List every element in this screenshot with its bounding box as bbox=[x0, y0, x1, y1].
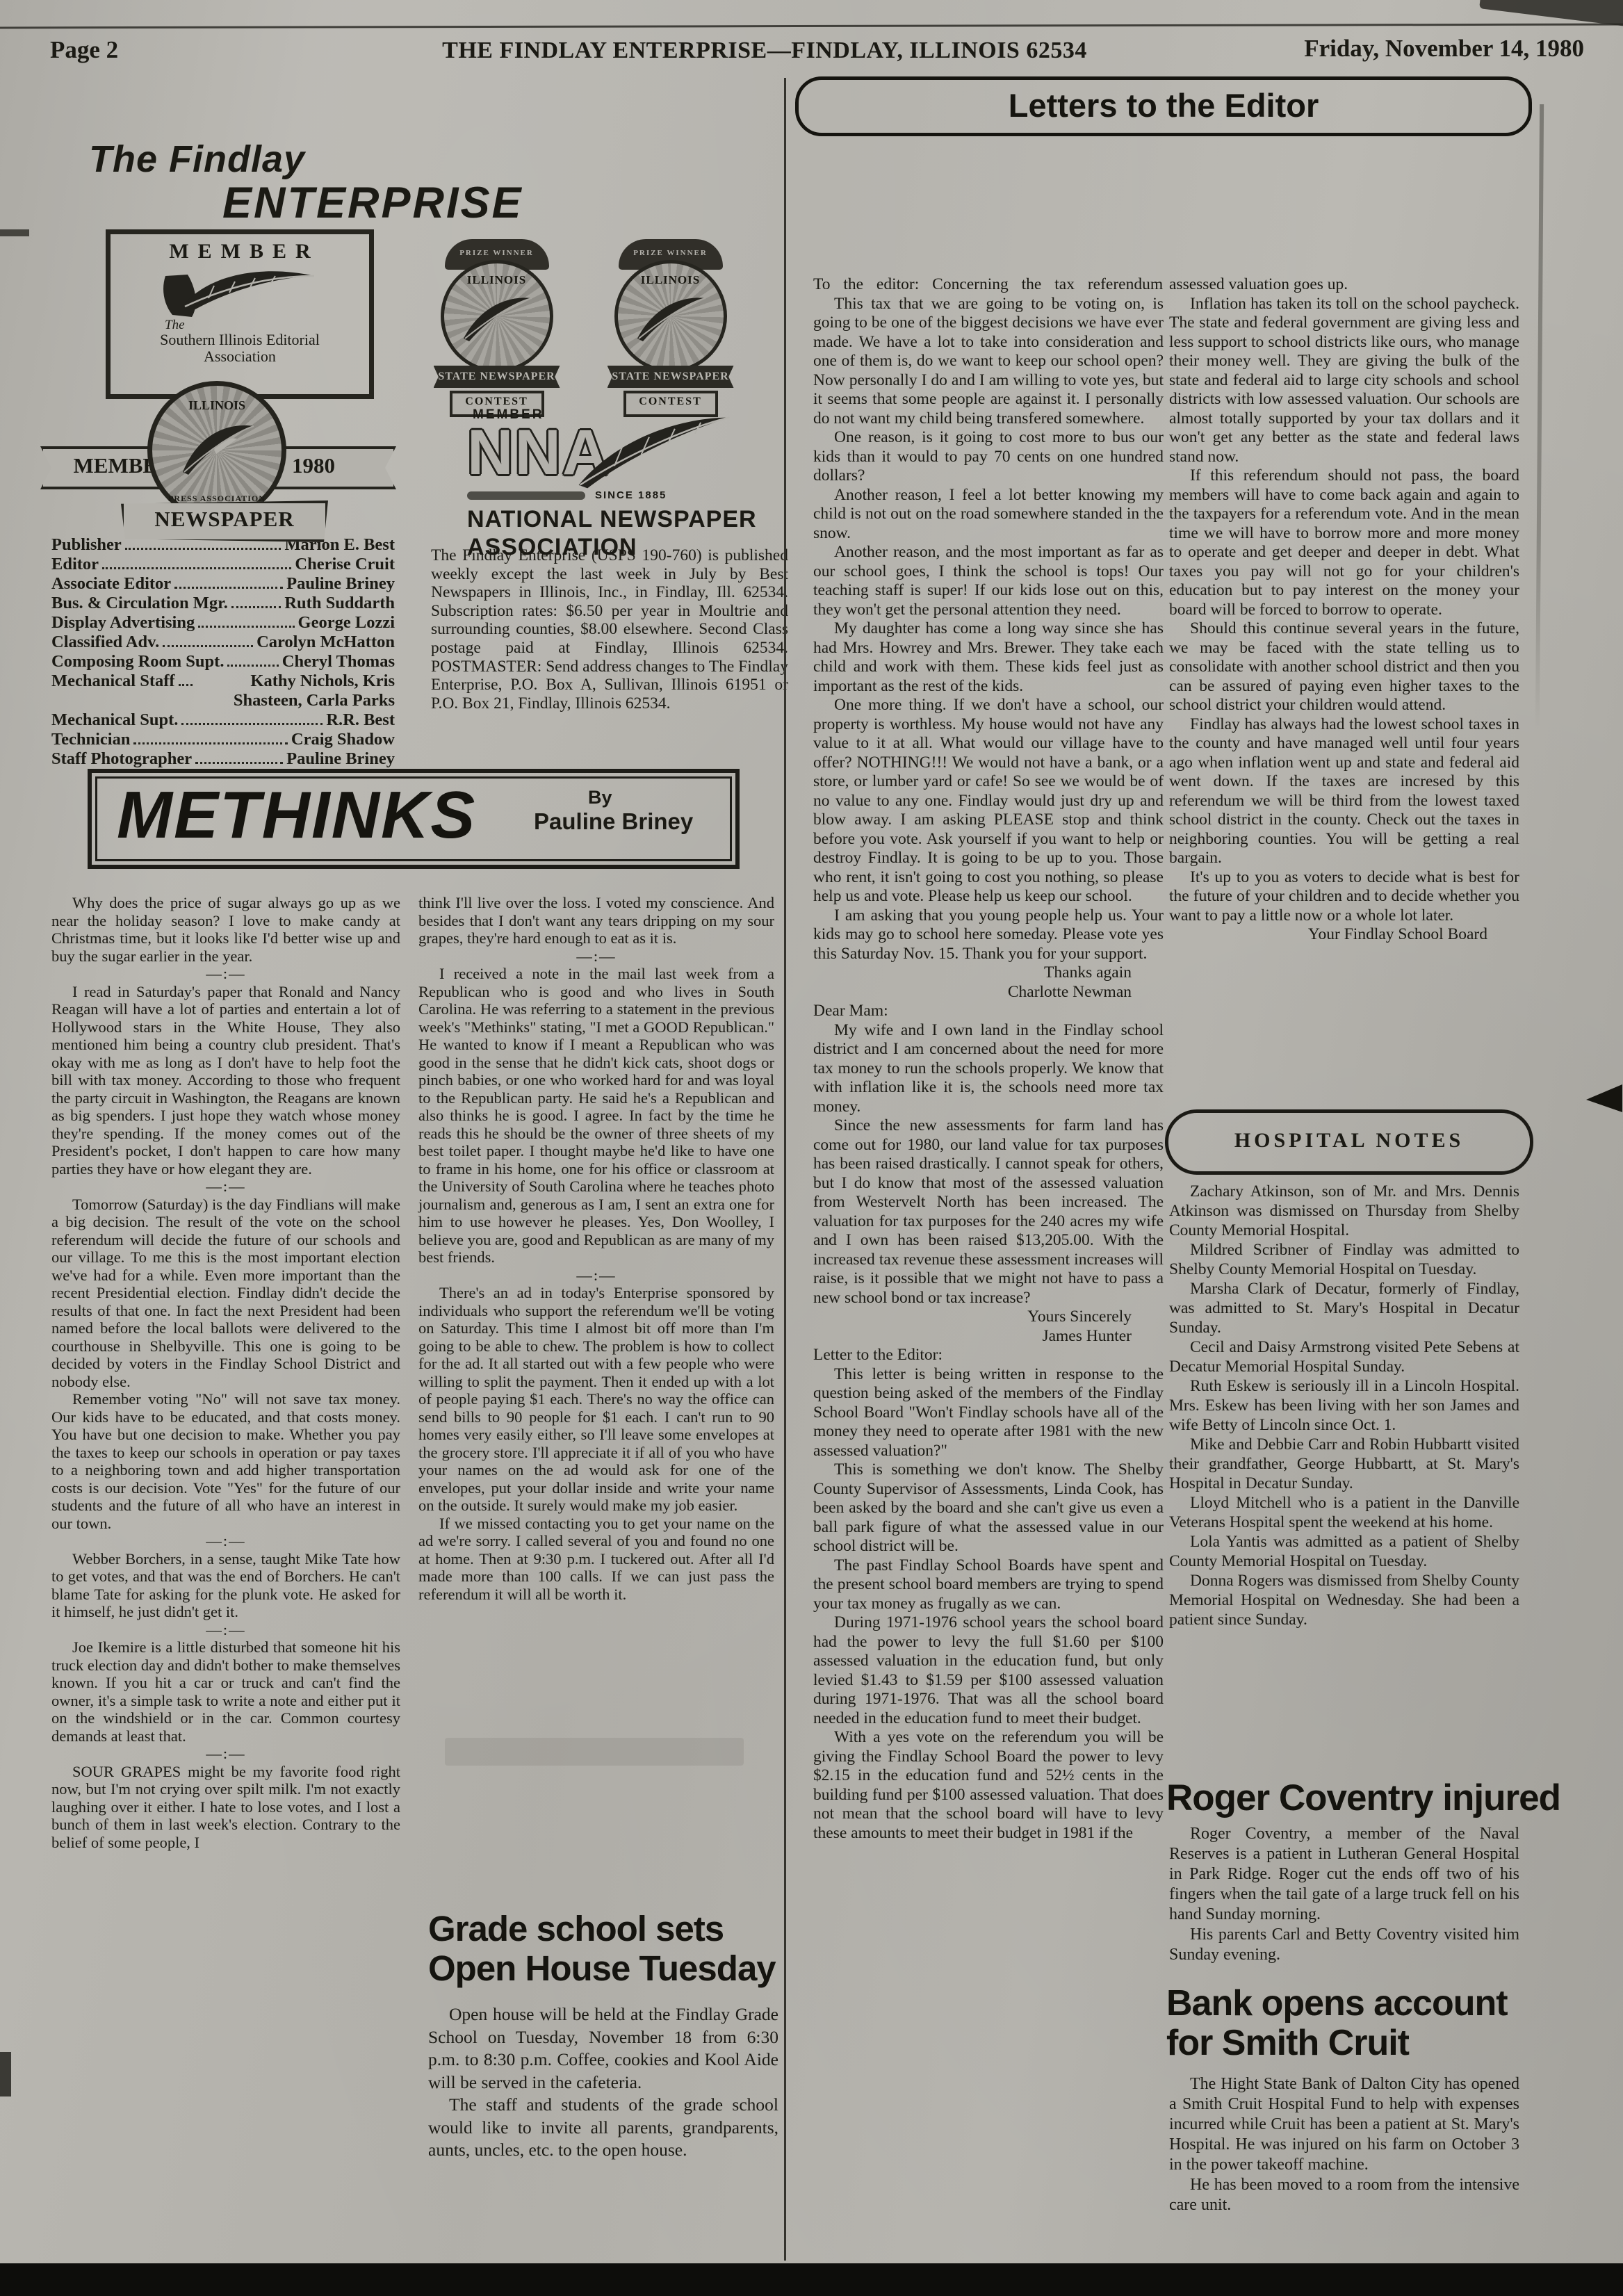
paragraph: This letter is being written in response… bbox=[813, 1365, 1164, 1461]
quill-icon bbox=[459, 293, 536, 344]
staff-role: Mechanical Staff bbox=[51, 671, 175, 691]
paragraph: One more thing. If we don't have a schoo… bbox=[813, 696, 1164, 906]
coventry-article: Roger Coventry, a member of the Naval Re… bbox=[1169, 1824, 1519, 1965]
press-association-emblem: MEMBER 1980 ILLINOIS PRESS ASSOCIATION N… bbox=[40, 375, 396, 551]
ipa-newspaper-banner: NEWSPAPER bbox=[121, 500, 328, 542]
dotted-leader bbox=[163, 645, 253, 647]
ipa-circle-seal: ILLINOIS PRESS ASSOCIATION bbox=[147, 381, 286, 520]
eagle-icon bbox=[176, 416, 259, 479]
paragraph: With a yes vote on the referendum you wi… bbox=[813, 1728, 1164, 1843]
staff-role: Composing Room Supt. bbox=[51, 652, 224, 671]
paragraph: To the editor: Concerning the tax refere… bbox=[813, 275, 1164, 295]
methinks-byline-name: Pauline Briney bbox=[534, 808, 742, 835]
bank-headline-line1: Bank opens account bbox=[1166, 1984, 1508, 2024]
section-divider: —:— bbox=[418, 947, 774, 966]
paragraph: think I'll live over the loss. I voted m… bbox=[418, 894, 774, 947]
methinks-byline-by: By bbox=[588, 787, 742, 808]
paragraph: I received a note in the mail last week … bbox=[418, 965, 774, 1267]
scan-artifact-ghost-text bbox=[445, 1738, 744, 1766]
paragraph: His parents Carl and Betty Coventry visi… bbox=[1169, 1925, 1519, 1965]
staff-row: Staff PhotographerPauline Briney bbox=[51, 749, 395, 769]
staff-row: Mechanical Supt.R.R. Best bbox=[51, 710, 395, 730]
staff-role: Classified Adv. bbox=[51, 633, 159, 652]
nna-since-label: SINCE 1885 bbox=[595, 489, 667, 501]
staff-role: Technician bbox=[51, 730, 130, 749]
staff-role: Publisher bbox=[51, 535, 122, 555]
paragraph: One reason, is it going to cost more to … bbox=[813, 428, 1164, 486]
ipa-illinois-text: ILLINOIS bbox=[152, 398, 282, 413]
paragraph: During 1971-1976 school years the school… bbox=[813, 1613, 1164, 1728]
dotted-leader bbox=[133, 742, 287, 744]
paragraph: It's up to you as voters to decide what … bbox=[1169, 868, 1519, 926]
badge-ribbon-state-newspaper: STATE NEWSPAPER bbox=[607, 366, 734, 388]
section-divider: —:— bbox=[418, 1267, 774, 1285]
paragraph: Mildred Scribner of Findlay was admitted… bbox=[1169, 1240, 1519, 1279]
methinks-byline: By Pauline Briney bbox=[534, 787, 742, 835]
signature-line: Yours Sincerely bbox=[813, 1308, 1164, 1327]
sie-member-label: MEMBER bbox=[160, 240, 319, 263]
paragraph: He has been moved to a room from the int… bbox=[1169, 2175, 1519, 2215]
paragraph: Should this continue several years in th… bbox=[1169, 619, 1519, 715]
paragraph: Remember voting "No" will not save tax m… bbox=[51, 1390, 400, 1532]
scan-artifact-tear bbox=[1586, 1084, 1622, 1112]
paragraph: The past Findlay School Boards have spen… bbox=[813, 1556, 1164, 1614]
staff-role: Staff Photographer bbox=[51, 749, 192, 769]
staff-name: R.R. Best bbox=[326, 710, 395, 730]
badge-circle: ILLINOIS bbox=[441, 260, 553, 373]
bank-headline: Bank opens account for Smith Cruit bbox=[1166, 1984, 1508, 2063]
paragraph: Mike and Debbie Carr and Robin Hubbartt … bbox=[1169, 1435, 1519, 1493]
page-number: Page 2 bbox=[50, 36, 118, 64]
staff-name: Pauline Briney bbox=[286, 574, 395, 594]
staff-row: Display AdvertisingGeorge Lozzi bbox=[51, 613, 395, 633]
paragraph: Why does the price of sugar always go up… bbox=[51, 894, 400, 965]
staff-role: Associate Editor bbox=[51, 574, 171, 594]
sie-org-line1: Southern Illinois Editorial bbox=[160, 332, 320, 348]
dotted-leader bbox=[179, 684, 193, 686]
paper-name-line1: The Findlay bbox=[89, 138, 305, 181]
scan-artifact-fold bbox=[1535, 104, 1544, 730]
signature-line: James Hunter bbox=[813, 1327, 1164, 1346]
paragraph: Joe Ikemire is a little disturbed that s… bbox=[51, 1638, 400, 1745]
top-rule bbox=[0, 24, 1623, 29]
feather-map-icon bbox=[160, 265, 320, 319]
paragraph: Open house will be held at the Findlay G… bbox=[428, 2003, 778, 2094]
staff-name: Cherise Cruit bbox=[295, 555, 395, 574]
sie-org-line2: Association bbox=[204, 348, 276, 365]
paragraph: This is something we don't know. The She… bbox=[813, 1460, 1164, 1556]
paragraph: Another reason, I feel a lot better know… bbox=[813, 486, 1164, 544]
scan-artifact-dash bbox=[0, 229, 29, 236]
paragraph: Findlay has always had the lowest school… bbox=[1169, 715, 1519, 868]
dotted-leader bbox=[174, 587, 283, 589]
methinks-banner: METHINKS By Pauline Briney bbox=[88, 769, 740, 869]
column-separator bbox=[784, 78, 786, 2261]
staff-name: George Lozzi bbox=[298, 613, 395, 633]
paragraph: Lola Yantis was admitted as a patient of… bbox=[1169, 1532, 1519, 1571]
quill-icon bbox=[633, 293, 710, 344]
grade-school-headline: Grade school sets Open House Tuesday bbox=[428, 1909, 776, 1988]
grade-school-headline-line2: Open House Tuesday bbox=[428, 1948, 776, 1988]
hospital-notes-list: Zachary Atkinson, son of Mr. and Mrs. De… bbox=[1169, 1182, 1519, 1629]
paragraph: SOUR GRAPES might be my favorite food ri… bbox=[51, 1763, 400, 1852]
dotted-leader bbox=[198, 626, 294, 628]
paragraph: The Hight State Bank of Dalton City has … bbox=[1169, 2074, 1519, 2175]
bank-article: The Hight State Bank of Dalton City has … bbox=[1169, 2074, 1519, 2215]
paragraph: Another reason, and the most important a… bbox=[813, 543, 1164, 619]
scan-artifact-smudge bbox=[0, 2052, 11, 2096]
grade-school-article: Open house will be held at the Findlay G… bbox=[428, 2003, 778, 2162]
paragraph: Tomorrow (Saturday) is the day Findlians… bbox=[51, 1196, 400, 1391]
paragraph: I read in Saturday's paper that Ronald a… bbox=[51, 983, 400, 1178]
hospital-notes-title: HOSPITAL NOTES bbox=[1168, 1113, 1530, 1169]
methinks-column-2: think I'll live over the loss. I voted m… bbox=[418, 894, 774, 1603]
paragraph: I am asking that you young people help u… bbox=[813, 906, 1164, 964]
paragraph: Roger Coventry, a member of the Naval Re… bbox=[1169, 1824, 1519, 1925]
badge-illinois-text: ILLINOIS bbox=[618, 273, 724, 287]
letters-title: Letters to the Editor bbox=[799, 80, 1528, 131]
paragraph: Letter to the Editor: bbox=[813, 1346, 1164, 1365]
hospital-notes-header: HOSPITAL NOTES bbox=[1165, 1109, 1533, 1175]
paragraph: If we missed contacting you to get your … bbox=[418, 1515, 774, 1604]
paragraph: Inflation has taken its toll on the scho… bbox=[1169, 295, 1519, 467]
paragraph: The staff and students of the grade scho… bbox=[428, 2094, 778, 2162]
nna-name-line1: NATIONAL NEWSPAPER bbox=[467, 505, 799, 533]
dotted-leader bbox=[181, 723, 323, 725]
paragraph: Lloyd Mitchell who is a patient in the D… bbox=[1169, 1493, 1519, 1532]
scan-artifact-corner bbox=[1479, 0, 1623, 31]
staff-row: TechnicianCraig Shadow bbox=[51, 730, 395, 749]
staff-row: EditorCherise Cruit bbox=[51, 555, 395, 574]
staff-name: Ruth Suddarth bbox=[284, 594, 395, 613]
methinks-title: METHINKS bbox=[117, 777, 476, 854]
nna-script-smudge bbox=[467, 491, 585, 500]
section-divider: —:— bbox=[51, 965, 400, 983]
paragraph: There's an ad in today's Enterprise spon… bbox=[418, 1284, 774, 1515]
dotted-leader bbox=[195, 762, 283, 764]
paragraph: Donna Rogers was dismissed from Shelby C… bbox=[1169, 1571, 1519, 1629]
signature-line: Charlotte Newman bbox=[813, 983, 1164, 1002]
badge-ribbon-state-newspaper: STATE NEWSPAPER bbox=[434, 366, 560, 388]
staff-list: PublisherMarion E. BestEditorCherise Cru… bbox=[51, 535, 395, 769]
staff-role: Display Advertising bbox=[51, 613, 195, 633]
paragraph: Zachary Atkinson, son of Mr. and Mrs. De… bbox=[1169, 1182, 1519, 1240]
staff-row: Bus. & Circulation Mgr.Ruth Suddarth bbox=[51, 594, 395, 613]
dotted-leader bbox=[227, 665, 278, 667]
letters-column-2: assessed valuation goes up.Inflation has… bbox=[1169, 275, 1519, 945]
staff-row: Associate EditorPauline Briney bbox=[51, 574, 395, 594]
paragraph: Ruth Eskew is seriously ill in a Lincoln… bbox=[1169, 1376, 1519, 1435]
paper-name-line2: ENTERPRISE bbox=[222, 178, 523, 228]
paragraph: Marsha Clark of Decatur, formerly of Fin… bbox=[1169, 1279, 1519, 1337]
badge-illinois-text: ILLINOIS bbox=[444, 273, 550, 287]
dotted-leader bbox=[125, 548, 282, 550]
staff-role: Bus. & Circulation Mgr. bbox=[51, 594, 228, 613]
scan-bottom-bar bbox=[0, 2263, 1623, 2296]
paragraph: My daughter has come a long way since sh… bbox=[813, 619, 1164, 696]
staff-row: Classified Adv.Carolyn McHatton bbox=[51, 633, 395, 652]
signature-line: Your Findlay School Board bbox=[1169, 925, 1519, 945]
section-divider: —:— bbox=[51, 1178, 400, 1196]
paragraph: assessed valuation goes up. bbox=[1169, 275, 1519, 295]
staff-name: Pauline Briney bbox=[286, 749, 395, 769]
sie-org-the: The bbox=[165, 319, 185, 332]
issue-date: Friday, November 14, 1980 bbox=[1304, 35, 1584, 63]
paragraph: My wife and I own land in the Findlay sc… bbox=[813, 1021, 1164, 1117]
paragraph: This tax that we are going to be voting … bbox=[813, 295, 1164, 429]
sie-member-box: MEMBER The Southern Illinois Editorial A… bbox=[106, 229, 374, 399]
signature-line: Thanks again bbox=[813, 963, 1164, 983]
staff-role: Mechanical Supt. bbox=[51, 710, 178, 730]
postal-notice: The Findlay Enterprise (USPS 190-760) is… bbox=[431, 546, 788, 713]
staff-name: Kathy Nichols, Kris Shasteen, Carla Park… bbox=[196, 671, 395, 710]
letters-header: Letters to the Editor bbox=[795, 76, 1532, 136]
staff-row: Mechanical StaffKathy Nichols, Kris Shas… bbox=[51, 671, 395, 710]
staff-name: Carolyn McHatton bbox=[256, 633, 395, 652]
staff-name: Craig Shadow bbox=[291, 730, 395, 749]
staff-name: Cheryl Thomas bbox=[282, 652, 395, 671]
paragraph: Webber Borchers, in a sense, taught Mike… bbox=[51, 1550, 400, 1621]
methinks-column-1: Why does the price of sugar always go up… bbox=[51, 894, 400, 1851]
dotted-leader bbox=[102, 567, 291, 569]
paragraph: If this referendum should not pass, the … bbox=[1169, 466, 1519, 619]
paragraph: Since the new assessments for farm land … bbox=[813, 1116, 1164, 1308]
section-divider: —:— bbox=[51, 1745, 400, 1763]
badge-circle: ILLINOIS bbox=[614, 260, 727, 373]
coventry-headline: Roger Coventry injured bbox=[1166, 1777, 1560, 1819]
newspaper-page: Page 2 THE FINDLAY ENTERPRISE—FINDLAY, I… bbox=[0, 0, 1623, 2296]
dotted-leader bbox=[231, 606, 281, 608]
running-head-title: THE FINDLAY ENTERPRISE—FINDLAY, ILLINOIS… bbox=[299, 38, 1230, 64]
section-divider: —:— bbox=[51, 1532, 400, 1550]
paragraph: Dear Mam: bbox=[813, 1002, 1164, 1021]
letters-column-1: To the editor: Concerning the tax refere… bbox=[813, 275, 1164, 1843]
staff-row: Composing Room Supt.Cheryl Thomas bbox=[51, 652, 395, 671]
paragraph: Cecil and Daisy Armstrong visited Pete S… bbox=[1169, 1337, 1519, 1376]
grade-school-headline-line1: Grade school sets bbox=[428, 1909, 776, 1948]
nna-logo: MEMBER NNA SINCE 1885 NATIONAL NEWSPAPER… bbox=[467, 407, 799, 561]
bank-headline-line2: for Smith Cruit bbox=[1166, 2024, 1508, 2063]
staff-role: Editor bbox=[51, 555, 99, 574]
section-divider: —:— bbox=[51, 1621, 400, 1639]
